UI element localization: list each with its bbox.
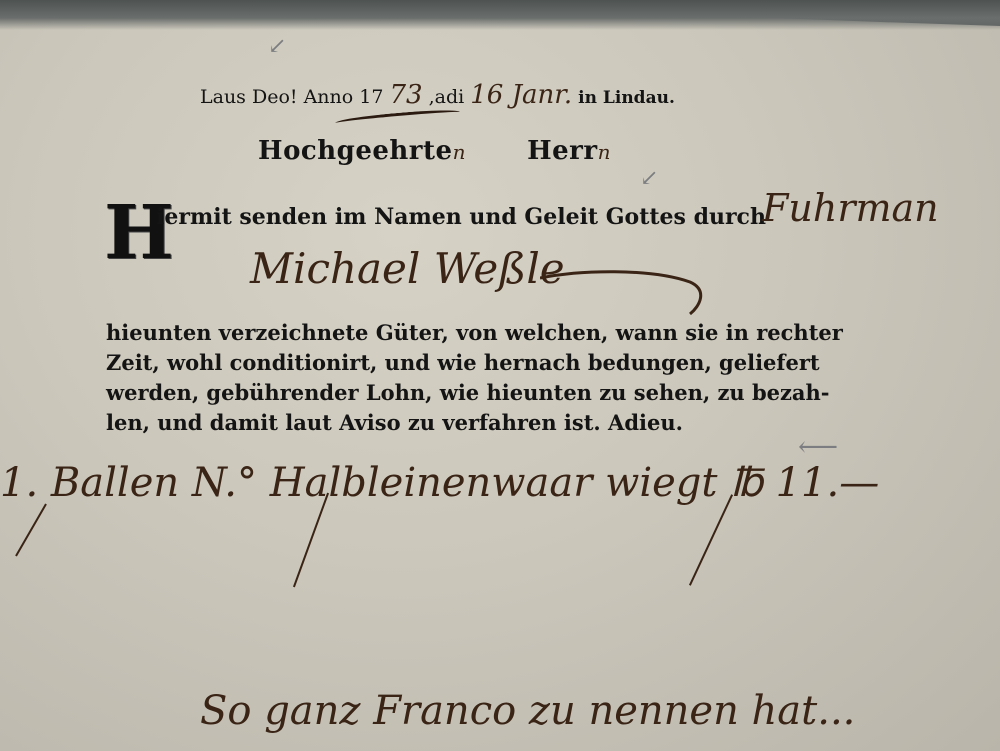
handwritten-date: 16 Janr. xyxy=(470,80,572,110)
salutation-suffix-2: n xyxy=(598,140,611,164)
handwritten-year: 73 xyxy=(389,80,422,110)
pencil-arrow-down-icon: ↙ xyxy=(640,166,658,191)
header-line: Laus Deo! Anno 17 73 ,adi 16 Janr. in Li… xyxy=(200,80,675,110)
body-line: hieunten verzeichnete Güter, von welchen… xyxy=(106,318,866,348)
decorated-initial: H xyxy=(104,192,154,274)
pencil-arrow-down-icon: ↙ xyxy=(268,34,286,59)
body-line: Zeit, wohl conditionirt, und wie hernach… xyxy=(106,348,866,378)
salutation-word-2: Herr xyxy=(527,136,598,166)
handwritten-goods-entry: 1. Ballen N.° Halbleinenwaar wiegt ℔ 11.… xyxy=(0,460,879,506)
handwritten-carrier-role: Fuhrman xyxy=(762,186,939,230)
body-line: len, und damit laut Aviso zu verfahren i… xyxy=(106,408,866,438)
salutation-word-1: Hochgeehrte xyxy=(258,136,453,166)
header-place: in Lindau. xyxy=(578,88,675,108)
salutation: Hochgeehrten Herrn xyxy=(258,136,611,166)
header-printed-prefix: Laus Deo! Anno 17 xyxy=(200,86,383,108)
header-adi: ,adi xyxy=(429,86,465,108)
opening-line: iermit senden im Namen und Geleit Gottes… xyxy=(156,204,766,230)
handwritten-carrier-name: Michael Weßle xyxy=(250,244,565,293)
salutation-suffix-1: n xyxy=(453,140,466,164)
body-line: werden, gebührender Lohn, wie hieunten z… xyxy=(106,378,866,408)
body-text: hieunten verzeichnete Güter, von welchen… xyxy=(106,318,866,438)
handwritten-bottom-entry: So ganz Franco zu nennen hat... xyxy=(200,688,855,734)
signature-flourish xyxy=(540,268,710,318)
